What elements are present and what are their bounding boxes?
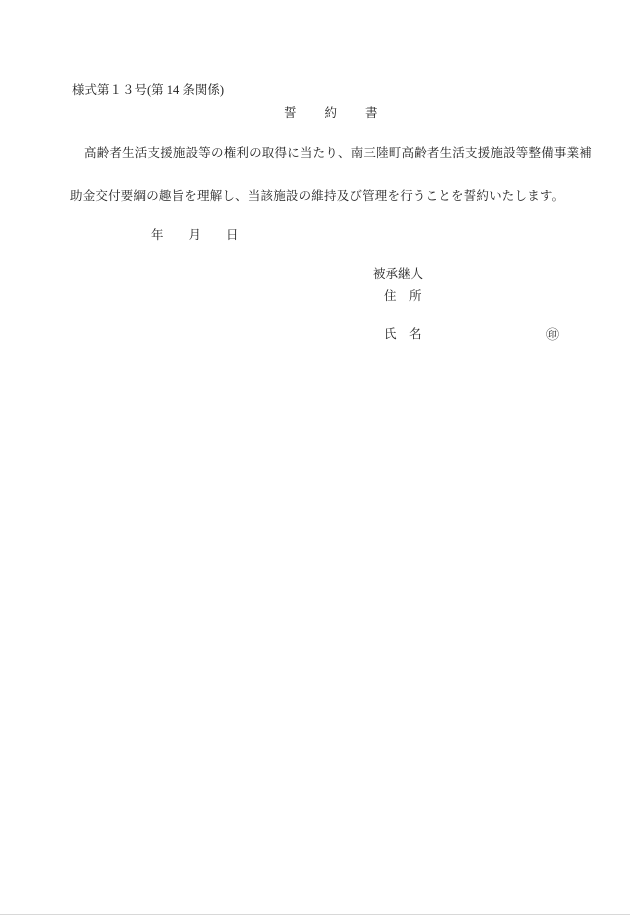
body-paragraph-line-2: 助金交付要綱の趣旨を理解し、当該施設の維持及び管理を行うことを誓約いたします。 [70,189,564,205]
document-title: 誓 約 書 [284,106,379,122]
document-page: 様式第１３号(第 14 条関係) 誓 約 書 高齢者生活支援施設等の権利の取得に… [0,0,630,915]
seal-icon: ㊞ [546,327,559,343]
body-paragraph-line-1: 高齢者生活支援施設等の権利の取得に当たり、南三陸町高齢者生活支援施設等整備事業補 [84,146,592,162]
address-label: 住 所 [384,289,422,305]
form-number: 様式第１３号(第 14 条関係) [72,83,224,99]
date-line: 年 月 日 [151,228,239,244]
name-label: 氏 名 [384,327,422,343]
signee-role-label: 被承継人 [373,267,423,283]
